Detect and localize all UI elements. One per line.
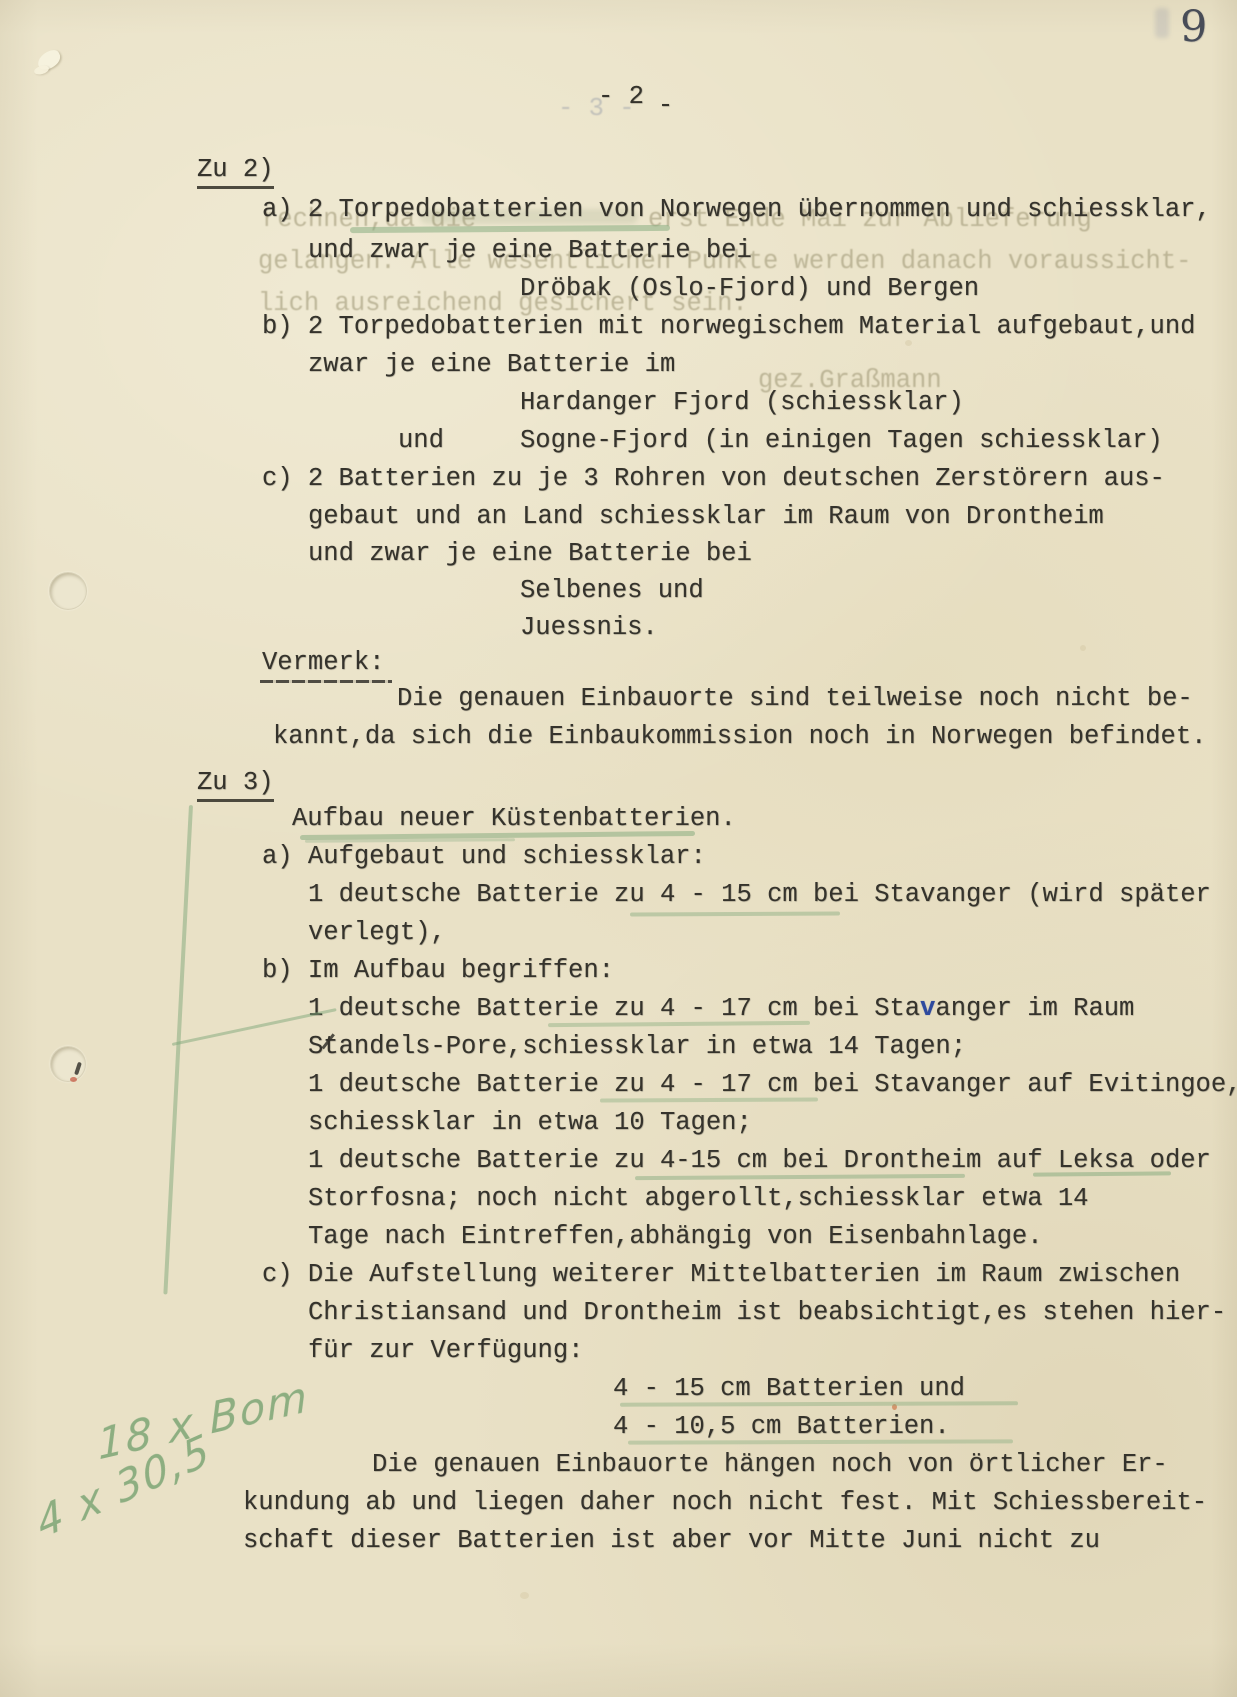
zu3-item-c-line3: für zur Verfügung: <box>308 1338 583 1365</box>
typed-page-number-main: - 2 <box>598 82 644 111</box>
zu3-item-a-line1: a) Aufgebaut und schiessklar: <box>262 844 706 871</box>
vermerk-line1: Die genauen Einbauorte sind teilweise no… <box>397 686 1193 713</box>
vermerk-heading: Vermerk: <box>262 650 384 680</box>
foxing-spot <box>1080 645 1086 651</box>
zu3-item-a-line2: 1 deutsche Batterie zu 4 - 15 cm bei Sta… <box>308 882 1211 909</box>
zu3-item-b-line2-pre: 1 deutsche Batterie zu 4 - 17 cm bei Sta <box>308 994 920 1023</box>
punch-hole <box>49 572 87 610</box>
green-underline-annotation <box>630 911 840 916</box>
green-underline-annotation <box>620 1401 1018 1406</box>
zu3-item-c-line5: 4 - 10,5 cm Batterien. <box>613 1414 950 1441</box>
zu2-item-a-line1: a) 2 Torpedobatterien von Norwegen übern… <box>262 197 1211 224</box>
zu3-item-c-line1: c) Die Aufstellung weiterer Mittelbatter… <box>262 1262 1180 1289</box>
zu2-item-b-line3: Hardanger Fjord (schiessklar) <box>520 390 964 417</box>
zu3-item-c-line4: 4 - 15 cm Batterien und <box>613 1376 965 1403</box>
red-fleck <box>70 1077 77 1082</box>
zu3-heading: Zu 3) <box>197 770 274 802</box>
zu3-item-b-line3: Standels-Pore,schiessklar in etwa 14 Tag… <box>308 1034 966 1061</box>
zu2-item-c-line5: Juessnis. <box>520 615 658 642</box>
zu2-item-c-line2: gebaut und an Land schiessklar im Raum v… <box>308 504 1104 531</box>
bleedthrough-smear <box>1155 8 1169 38</box>
zu3-title: Aufbau neuer Küstenbatterien. <box>292 806 736 833</box>
zu2-item-c-line3: und zwar je eine Batterie bei <box>308 541 752 568</box>
green-margin-line-annotation <box>163 805 192 1295</box>
zu3-item-b-line5: schiessklar in etwa 10 Tagen; <box>308 1110 752 1137</box>
zu2-heading: Zu 2) <box>197 157 274 189</box>
zu3-item-b-line8: Tage nach Eintreffen,abhängig von Eisenb… <box>308 1224 1043 1251</box>
green-underline-annotation <box>548 1021 810 1027</box>
green-underline-annotation <box>628 1439 1013 1444</box>
zu3-item-b-line6: 1 deutsche Batterie zu 4-15 cm bei Dront… <box>308 1148 1211 1175</box>
zu2-item-b-line1: b) 2 Torpedobatterien mit norwegischem M… <box>262 314 1195 341</box>
folio-stamp-number: 9 <box>1180 2 1207 52</box>
zu3-item-c-line2: Christiansand und Drontheim ist beabsich… <box>308 1300 1226 1327</box>
zu2-item-b-line4: Sogne-Fjord (in einigen Tagen schiesskla… <box>520 428 1163 455</box>
blue-ink-correction: v <box>920 994 935 1023</box>
paper-scuff <box>33 64 50 76</box>
zu3-closing-line2: kundung ab und liegen daher noch nicht f… <box>243 1490 1207 1517</box>
zu2-item-a-line3: Dröbak (Oslo-Fjord) und Bergen <box>520 276 979 303</box>
zu3-closing-line3: schaft dieser Batterien ist aber vor Mit… <box>243 1528 1100 1555</box>
foxing-spot <box>520 1592 529 1599</box>
zu3-closing-line1: Die genauen Einbauorte hängen noch von ö… <box>372 1452 1168 1479</box>
zu3-item-b-line2: 1 deutsche Batterie zu 4 - 17 cm bei Sta… <box>308 996 1134 1023</box>
typed-page-number-tail: - <box>658 93 673 120</box>
green-underline-annotation <box>600 1097 818 1102</box>
paper-scuff <box>35 47 64 72</box>
zu2-item-a-line2: und zwar je eine Batterie bei <box>308 238 752 265</box>
zu3-item-b-line7: Storfosna; noch nicht abgerollt,schiessk… <box>308 1186 1088 1213</box>
scanned-document-page: - 3 - rechnen,da die erst Ende Mai zur A… <box>0 0 1237 1697</box>
zu3-item-b-line2-post: anger im Raum <box>935 994 1134 1023</box>
zu3-item-b-line1: b) Im Aufbau begriffen: <box>262 958 614 985</box>
zu3-item-b-line4: 1 deutsche Batterie zu 4 - 17 cm bei Sta… <box>308 1072 1237 1099</box>
zu2-item-c-line4: Selbenes und <box>520 578 704 605</box>
green-underline-annotation <box>350 225 670 233</box>
vermerk-line2: kannt,da sich die Einbaukommission noch … <box>273 724 1206 751</box>
zu2-item-b-line4-conj: und <box>398 428 444 455</box>
zu2-item-c-line1: c) 2 Batterien zu je 3 Rohren von deutsc… <box>262 466 1165 493</box>
typed-page-number: - 2- <box>598 84 673 111</box>
zu3-item-a-line3: verlegt), <box>308 920 446 947</box>
green-underline-annotation <box>1033 1171 1171 1176</box>
zu2-item-b-line2: zwar je eine Batterie im <box>308 352 675 379</box>
punch-hole <box>50 1046 86 1082</box>
